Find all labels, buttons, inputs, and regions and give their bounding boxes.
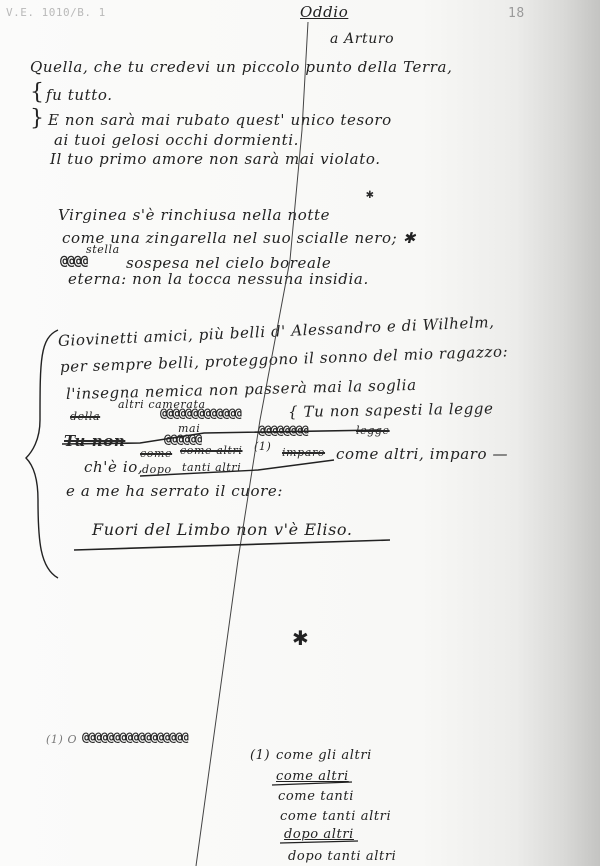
verse-line: Virginea s'è rinchiusa nella notte — [58, 206, 330, 224]
manuscript-page: V.E. 1010/B. 1 Oddio 18 a Arturo Quella,… — [0, 0, 600, 866]
variant-word: come — [140, 447, 172, 460]
verse-line: come altri, imparo — — [336, 445, 508, 463]
struck-text: Tu non — [64, 432, 125, 450]
footnote-variant: come gli altri — [276, 748, 372, 763]
struck-word: @@@@ — [60, 254, 87, 269]
brace-right-icon: } — [30, 108, 44, 130]
verse-line: Il tuo primo amore non sarà mai violato. — [50, 150, 381, 168]
struck-word: legge — [356, 424, 390, 437]
struck-text: @@@@@@@@ — [258, 423, 308, 437]
closing-line: Fuori del Limbo non v'è Eliso. — [92, 520, 353, 539]
struck-word: della — [70, 410, 100, 423]
footnote-ref: (1) — [254, 440, 271, 453]
insertion-word: stella — [86, 243, 120, 256]
verse-line: E non sarà mai rubato quest' unico tesor… — [48, 111, 392, 129]
star-separator-icon: ✱ — [292, 626, 309, 650]
verse-line: Quella, che tu credevi un piccolo punto … — [30, 58, 452, 76]
verse-line: per sempre belli, proteggono il sonno de… — [60, 342, 509, 376]
large-brace-icon — [26, 330, 58, 578]
archive-mark: V.E. 1010/B. 1 — [6, 6, 106, 19]
footnote-struck-marker: (1) O — [46, 733, 77, 746]
footnote-variant: dopo tanti altri — [288, 849, 396, 864]
variant-word: come altri — [180, 444, 243, 457]
closing-underline — [74, 540, 390, 550]
verse-line: e a me ha serrato il cuore: — [66, 482, 283, 500]
variant-word: tanti altri — [182, 461, 241, 474]
dedication: a Arturo — [330, 31, 394, 47]
footnote-marker: (1) — [250, 748, 270, 763]
margin-star-icon: ✱ — [366, 187, 373, 202]
verse-line: { Tu non sapesti la legge — [288, 399, 494, 421]
page-number: 18 — [508, 6, 525, 21]
variant-word: dopo — [142, 463, 172, 476]
footnote-variant: dopo altri — [284, 827, 354, 842]
footnote-variant: come tanti altri — [280, 809, 391, 824]
footnote-variant: come tanti — [278, 789, 354, 804]
poem-title: Oddio — [300, 3, 348, 21]
footnote-variant: come altri — [276, 769, 349, 784]
struck-text: @@@@@@@@@@@@@ — [160, 406, 241, 420]
struck-word: imparo — [282, 446, 325, 459]
verse-line: ch'è io, — [84, 458, 143, 476]
verse-line: eterna: non la tocca nessuna insidia. — [68, 270, 369, 288]
brace-left-icon: { — [30, 82, 44, 104]
footnote-struck-text: @@@@@@@@@@@@@@@@@ — [82, 730, 188, 744]
verse-line: ai tuoi gelosi occhi dormienti. — [54, 131, 299, 149]
verse-line: fu tutto. — [46, 86, 113, 104]
